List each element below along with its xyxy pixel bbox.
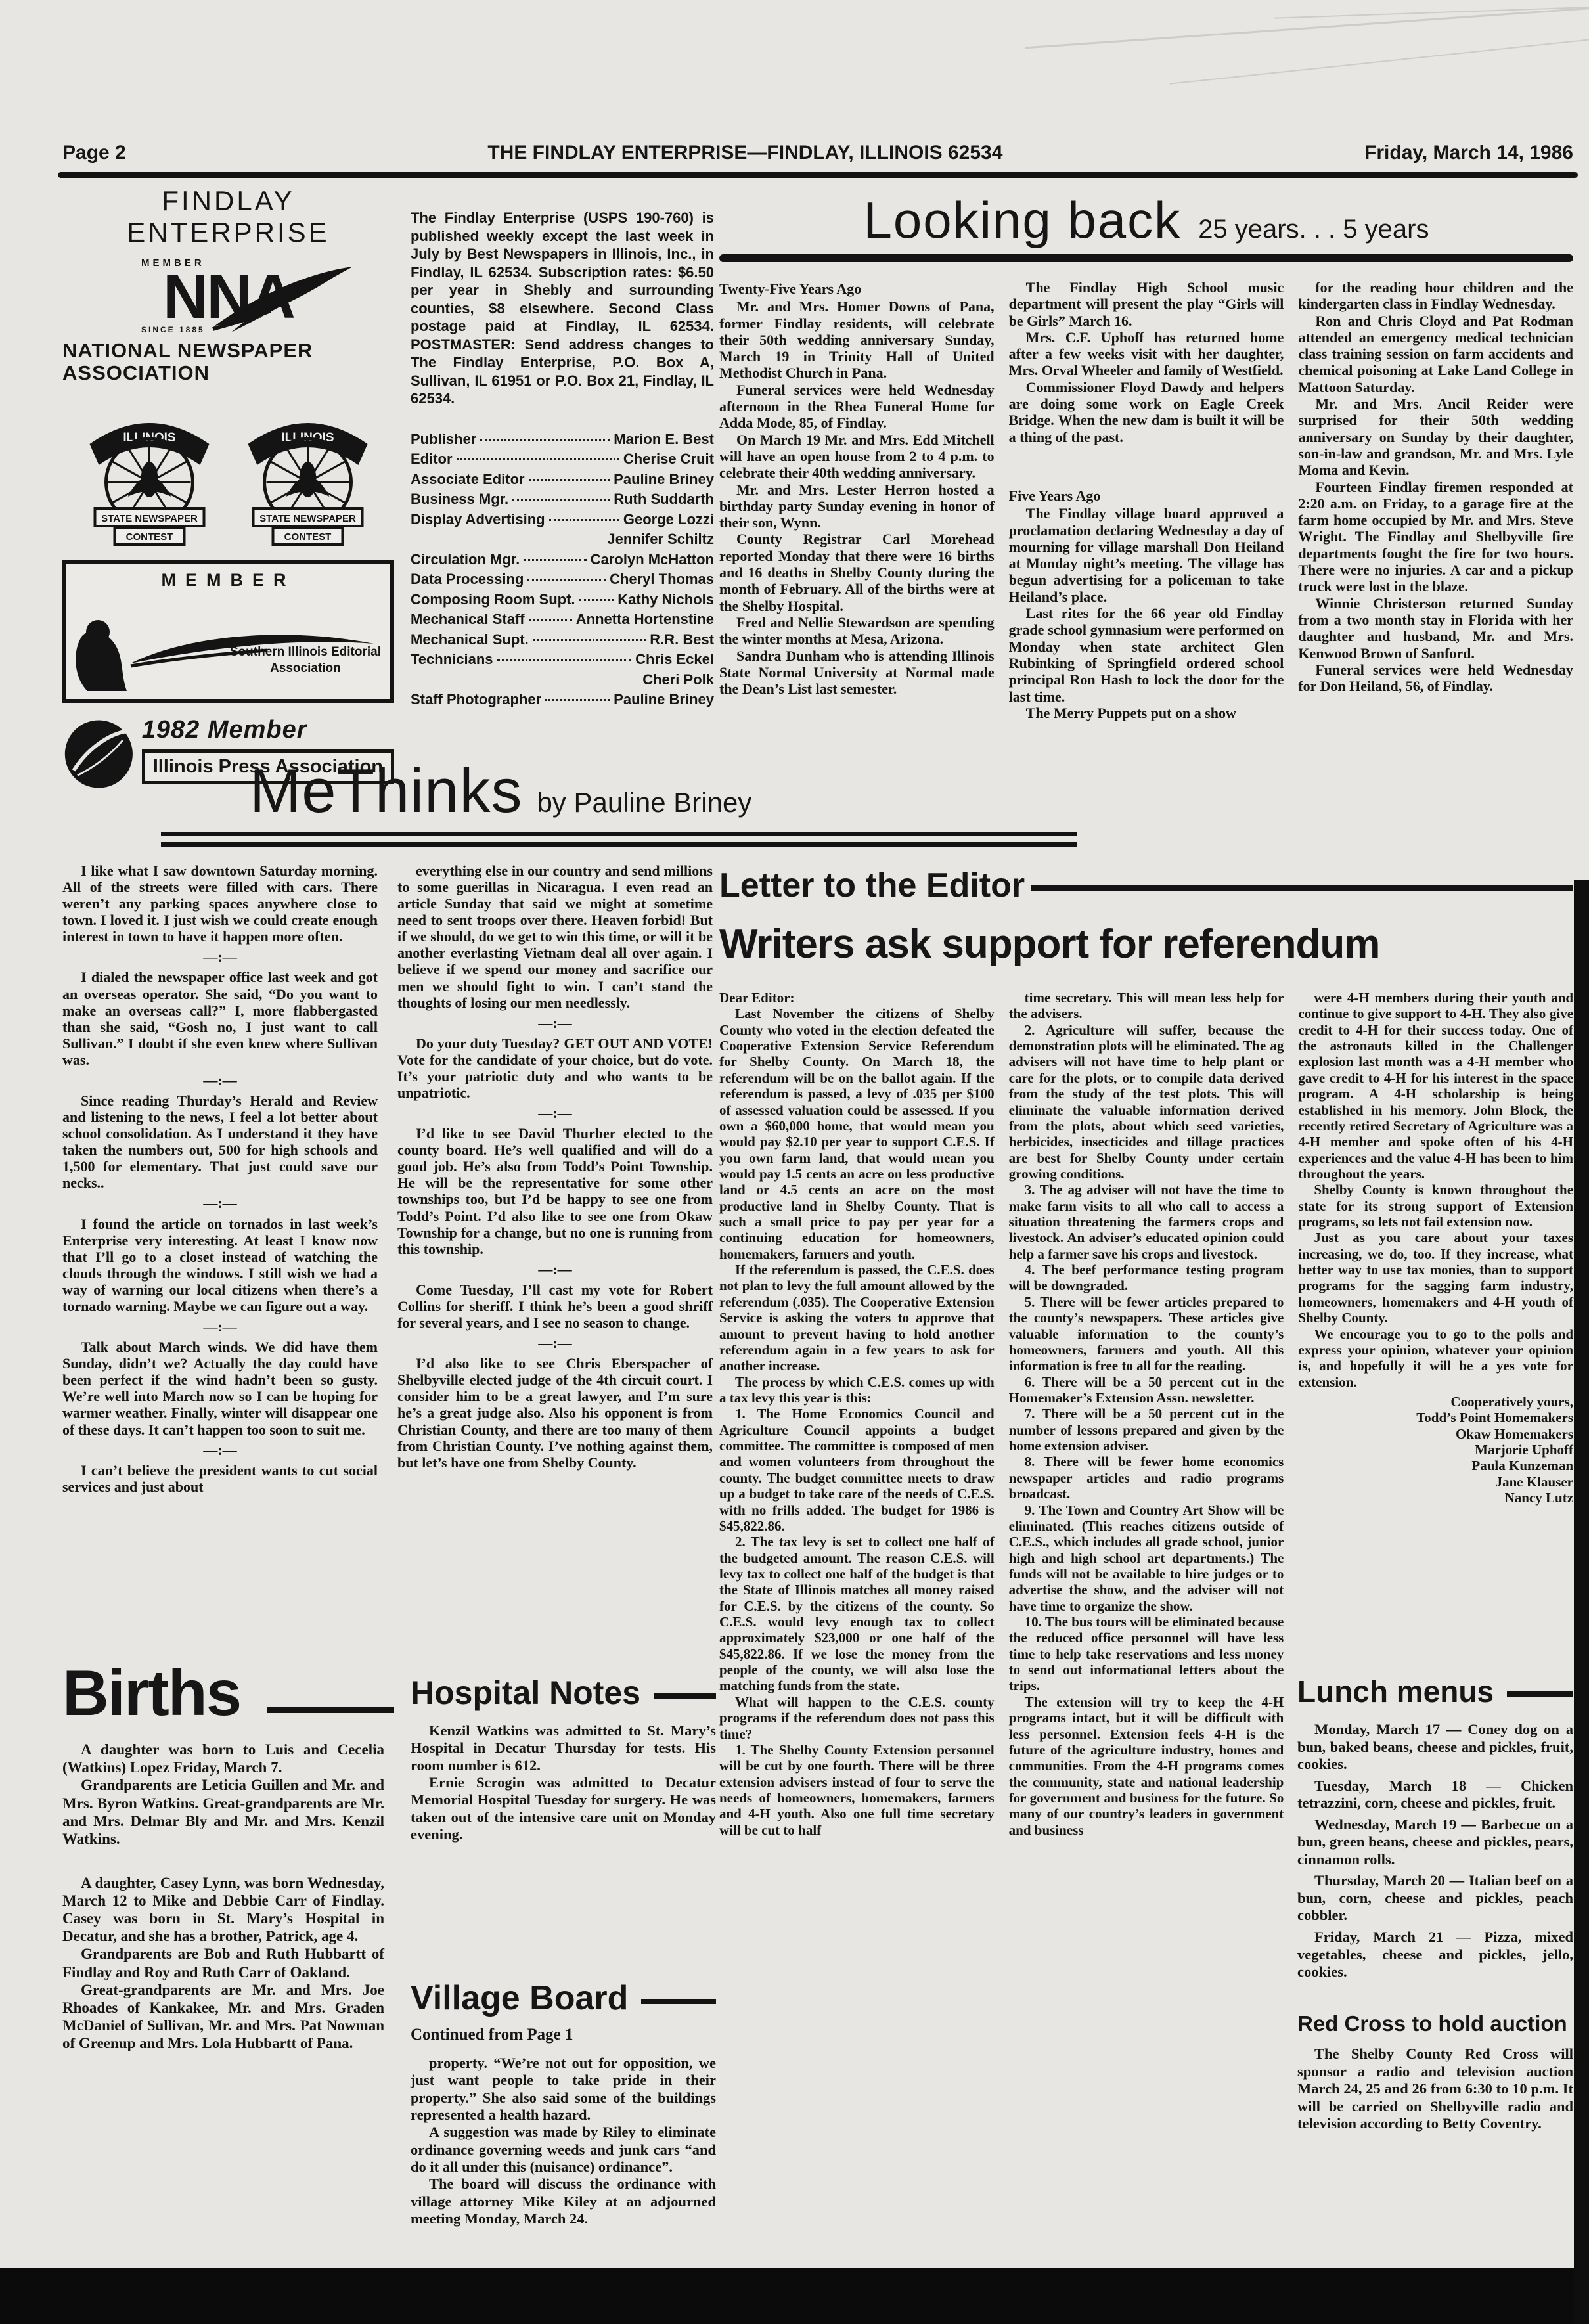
scan-black-band-right (1574, 880, 1589, 2324)
paragraph: Mr. and Mrs. Homer Downs of Pana, former… (719, 298, 995, 381)
masthead-title: FINDLAY ENTERPRISE (62, 185, 394, 248)
scan-artifact (1025, 6, 1589, 49)
paragraph: 1. The Shelby County Extension personnel… (719, 1742, 995, 1838)
paragraph: A daughter was born to Luis and Cecelia … (62, 1741, 384, 1776)
sie-member-box: MEMBER Southern Illinois Editorial Assoc… (62, 560, 394, 703)
staff-row: Cheri Polk (411, 671, 714, 689)
staff-row: Mechanical Supt.R.R. Best (411, 631, 714, 649)
staff-name: R.R. Best (650, 631, 714, 649)
letter-kicker: Letter to the Editor (719, 866, 1025, 905)
staff-name: Marion E. Best (614, 430, 714, 449)
staff-role: Technicians (411, 650, 493, 669)
paragraph: Do your duty Tuesday? GET OUT AND VOTE! … (397, 1035, 713, 1101)
rule (1031, 885, 1573, 891)
staff-name: Kathy Nichols (617, 591, 714, 609)
paragraph: The Findlay village board approved a pro… (1009, 505, 1284, 605)
births-title: Births (62, 1663, 240, 1722)
paragraph: Last November the citizens of Shelby Cou… (719, 1006, 995, 1262)
paragraph: I’d like to see David Thurber elected to… (397, 1125, 713, 1257)
staff-role: Business Mgr. (411, 490, 508, 508)
paragraph: I like what I saw downtown Saturday morn… (62, 862, 378, 945)
paragraph: Come Tuesday, I’ll cast my vote for Robe… (397, 1282, 713, 1331)
letter-col2: time secretary. This will mean less help… (1009, 990, 1284, 1838)
paragraph: 2. Agriculture will suffer, because the … (1009, 1022, 1284, 1182)
paragraph: Jane Klauser (1298, 1474, 1573, 1490)
looking-back-title: Looking back (864, 190, 1182, 250)
paragraph: 9. The Town and Country Art Show will be… (1009, 1502, 1284, 1615)
paragraph: Since reading Thurday’s Herald and Revie… (62, 1092, 378, 1191)
paragraph: Winnie Christerson returned Sunday from … (1298, 595, 1573, 661)
paragraph: 8. There will be fewer home economics ne… (1009, 1454, 1284, 1502)
paragraph: I dialed the newspaper office last week … (62, 969, 378, 1067)
paragraph-separator: —:— (62, 1072, 378, 1088)
staff-name: Pauline Briney (614, 470, 714, 489)
village-board-title: Village Board (411, 1978, 628, 2018)
paragraph: Thursday, March 20 — Italian beef on a b… (1297, 1872, 1573, 1925)
paragraph: Cooperatively yours, (1298, 1394, 1573, 1410)
staff-row: TechniciansChris Eckel (411, 650, 714, 669)
staff-row: Associate EditorPauline Briney (411, 470, 714, 489)
births-body: A daughter was born to Luis and Cecelia … (62, 1741, 384, 2052)
staff-row: Data ProcessingCheryl Thomas (411, 570, 714, 589)
sie-member-label: MEMBER (66, 570, 390, 591)
paragraph: On March 19 Mr. and Mrs. Edd Mitchell wi… (719, 432, 995, 481)
paragraph: Wednesday, March 19 — Barbecue on a bun,… (1297, 1816, 1573, 1869)
svg-text:STATE NEWSPAPER: STATE NEWSPAPER (101, 513, 198, 524)
paragraph: Mrs. C.F. Uphoff has returned home after… (1009, 329, 1284, 379)
paragraph: Todd’s Point Homemakers (1298, 1410, 1573, 1425)
staff-name: Jennifer Schiltz (607, 530, 714, 548)
staff-role: Display Advertising (411, 510, 545, 529)
paragraph: Ernie Scrogin was admitted to Decatur Me… (411, 1774, 716, 1843)
staff-row: Composing Room Supt.Kathy Nichols (411, 591, 714, 609)
paragraph: A suggestion was made by Riley to elimin… (411, 2124, 716, 2176)
svg-text:CONTEST: CONTEST (125, 531, 173, 543)
paragraph: Nancy Lutz (1298, 1490, 1573, 1506)
paragraph-separator: —:— (397, 1105, 713, 1121)
staff-row: EditorCherise Cruit (411, 450, 714, 468)
hospital-notes-title: Hospital Notes (411, 1674, 640, 1712)
paragraph: 3. The ag adviser will not have the time… (1009, 1182, 1284, 1262)
illinois-press-badge-icon: ILLINOIS STATE NEWSPAPER CONTEST (79, 398, 220, 548)
staff-name: Chris Eckel (635, 650, 714, 669)
looking-back-col1: Twenty-Five Years AgoMr. and Mrs. Homer … (719, 279, 995, 721)
page-number: Page 2 (62, 142, 126, 164)
staff-role: Editor (411, 450, 453, 468)
paragraph: 5. There will be fewer articles prepared… (1009, 1294, 1284, 1374)
staff-row: Display AdvertisingGeorge Lozzi (411, 510, 714, 529)
staff-role: Mechanical Supt. (411, 631, 529, 649)
dot-leader (533, 639, 646, 641)
paragraph: Great-grandparents are Mr. and Mrs. Joe … (62, 1981, 384, 2053)
paragraph: Last rites for the 66 year old Findlay g… (1009, 605, 1284, 705)
header-rule (58, 172, 1578, 178)
paragraph-separator: —:— (62, 1195, 378, 1211)
paragraph: 10. The bus tours will be eliminated bec… (1009, 1614, 1284, 1694)
section-births: Births A daughter was born to Luis and C… (62, 1663, 394, 2052)
section-lunch-menus: Lunch menus Monday, March 17 — Coney dog… (1297, 1674, 1573, 1985)
rule (1507, 1691, 1573, 1697)
dot-leader (512, 499, 610, 501)
masthead-info: The Findlay Enterprise (USPS 190-760) is… (411, 209, 714, 711)
paragraph-separator: —:— (397, 1015, 713, 1031)
methinks-byline: by Pauline Briney (537, 787, 751, 818)
staff-name: Pauline Briney (614, 690, 714, 709)
masthead-logos: FINDLAY ENTERPRISE MEMBER NNA SINCE 1885… (62, 185, 394, 792)
section-hospital-notes: Hospital Notes Kenzil Watkins was admitt… (411, 1674, 716, 1843)
staff-name: Cheryl Thomas (610, 570, 714, 589)
paragraph: I can’t believe the president wants to c… (62, 1462, 378, 1495)
looking-back-col3: for the reading hour children and the ki… (1298, 279, 1573, 721)
paragraph: Talk about March winds. We did have them… (62, 1339, 378, 1437)
hospital-notes-body: Kenzil Watkins was admitted to St. Mary’… (411, 1722, 716, 1843)
staff-row: Staff PhotographerPauline Briney (411, 690, 714, 709)
section-looking-back: Looking back 25 years. . . 5 years Twent… (719, 190, 1573, 721)
staff-row: Business Mgr.Ruth Suddarth (411, 490, 714, 508)
paragraph: Okaw Homemakers (1298, 1426, 1573, 1442)
paragraph: Mr. and Mrs. Ancil Reider were surprised… (1298, 395, 1573, 478)
letter-col1: Dear Editor:Last November the citizens o… (719, 990, 995, 1838)
paragraph: Kenzil Watkins was admitted to St. Mary’… (411, 1722, 716, 1774)
lunch-menus-title: Lunch menus (1297, 1674, 1494, 1709)
looking-back-subtitle: 25 years. . . 5 years (1198, 215, 1429, 244)
page-header: Page 2 THE FINDLAY ENTERPRISE—FINDLAY, I… (62, 142, 1573, 164)
dot-leader (457, 458, 619, 460)
paragraph: The Shelby County Red Cross will sponsor… (1297, 2045, 1573, 2133)
paragraph: I found the article on tornados in last … (62, 1216, 378, 1314)
sie-name: Southern Illinois Editorial Association (230, 644, 381, 677)
paragraph: Ron and Chris Cloyd and Pat Rodman atten… (1298, 313, 1573, 395)
paragraph: We encourage you to go to the polls and … (1298, 1326, 1573, 1390)
dot-leader (529, 619, 572, 621)
staff-role: Publisher (411, 430, 476, 449)
paragraph: County Registrar Carl Morehead reported … (719, 531, 995, 614)
methinks-title: MeThinks (250, 755, 522, 826)
paragraph: Just as you care about your taxes increa… (1298, 1230, 1573, 1326)
dot-leader (527, 579, 606, 581)
methinks-col1: I like what I saw downtown Saturday morn… (62, 862, 378, 1495)
staff-role: Associate Editor (411, 470, 525, 489)
staff-row: Mechanical StaffAnnetta Hortenstine (411, 610, 714, 629)
issue-date: Friday, March 14, 1986 (1364, 142, 1573, 164)
letter-signatures: Cooperatively yours,Todd’s Point Homemak… (1298, 1394, 1573, 1506)
lunch-menus-body: Monday, March 17 — Coney dog on a bun, b… (1297, 1721, 1573, 1981)
paragraph: The Findlay High School music department… (1009, 279, 1284, 329)
dot-leader (579, 599, 614, 601)
section-red-cross: Red Cross to hold auction The Shelby Cou… (1297, 2011, 1573, 2133)
staff-role: Composing Room Supt. (411, 591, 575, 609)
paragraph: Twenty-Five Years Ago (719, 280, 995, 297)
svg-text:STATE NEWSPAPER: STATE NEWSPAPER (259, 513, 356, 524)
staff-list: PublisherMarion E. BestEditorCherise Cru… (411, 430, 714, 709)
paragraph: everything else in our country and send … (397, 862, 713, 1011)
dot-leader (529, 479, 610, 481)
staff-role: Staff Photographer (411, 690, 541, 709)
sie-name-line2: Association (230, 661, 381, 677)
paragraph: A daughter, Casey Lynn, was born Wednesd… (62, 1874, 384, 1946)
newspaper-title: THE FINDLAY ENTERPRISE—FINDLAY, ILLINOIS… (487, 142, 1002, 164)
rule (719, 254, 1573, 262)
looking-back-col2: The Findlay High School music department… (1009, 279, 1284, 721)
dot-leader (497, 659, 632, 661)
paragraph: Fourteen Findlay firemen responded at 2:… (1298, 479, 1573, 595)
illinois-press-badge-icon: ILLINOIS STATE NEWSPAPER CONTEST (237, 398, 378, 548)
paragraph: The process by which C.E.S. comes up wit… (719, 1374, 995, 1406)
rule (267, 1707, 394, 1713)
paragraph: time secretary. This will mean less help… (1009, 990, 1284, 1022)
letter-col3-body: were 4-H members during their youth and … (1298, 990, 1573, 1390)
staff-row: Jennifer Schiltz (411, 530, 714, 548)
paragraph: Commissioner Floyd Dawdy and helpers are… (1009, 379, 1284, 445)
paragraph: Funeral services were held Wednesday for… (1298, 661, 1573, 695)
svg-text:CONTEST: CONTEST (284, 531, 331, 543)
letter-headline: Writers ask support for referendum (719, 921, 1573, 968)
nna-association-label: NATIONAL NEWSPAPER ASSOCIATION (62, 340, 394, 384)
newspaper-page: { "colors": {"paper": "#e7e6e3", "ink": … (0, 0, 1589, 2324)
paragraph: 6. There will be a 50 percent cut in the… (1009, 1374, 1284, 1406)
staff-name: Cheri Polk (642, 671, 714, 689)
nna-logo: MEMBER NNA SINCE 1885 NATIONAL NEWSPAPER… (62, 257, 394, 384)
paragraph: Fred and Nellie Stewardson are spending … (719, 614, 995, 648)
paragraph: were 4-H members during their youth and … (1298, 990, 1573, 1182)
staff-row: PublisherMarion E. Best (411, 430, 714, 449)
continued-from-label: Continued from Page 1 (411, 2026, 716, 2044)
staff-role: Data Processing (411, 570, 524, 589)
scan-black-band-bottom (0, 2268, 1589, 2324)
paragraph: I’d also like to see Chris Eberspacher o… (397, 1355, 713, 1471)
paragraph: Grandparents are Leticia Guillen and Mr.… (62, 1776, 384, 1848)
paragraph: Shelby County is known throughout the st… (1298, 1182, 1573, 1230)
staff-name: Ruth Suddarth (614, 490, 714, 508)
paragraph: The extension will try to keep the 4-H p… (1009, 1694, 1284, 1838)
paragraph: If the referendum is passed, the C.E.S. … (719, 1262, 995, 1374)
scan-artifact (1170, 35, 1589, 84)
paragraph: The board will discuss the ordinance wit… (411, 2176, 716, 2227)
paragraph: The Merry Puppets put on a show (1009, 705, 1284, 721)
rule (654, 1693, 716, 1699)
paragraph: Mr. and Mrs. Lester Herron hosted a birt… (719, 481, 995, 531)
paragraph: Monday, March 17 — Coney dog on a bun, b… (1297, 1721, 1573, 1774)
paragraph: Five Years Ago (1009, 487, 1284, 504)
methinks-col2: everything else in our country and send … (397, 862, 713, 1495)
village-board-body: property. “We’re not out for opposition,… (411, 2055, 716, 2227)
paragraph: Sandra Dunham who is attending Illinois … (719, 648, 995, 698)
paragraph: Grandparents are Bob and Ruth Hubbartt o… (62, 1945, 384, 1980)
dot-leader (480, 439, 610, 441)
paragraph: Marjorie Uphoff (1298, 1442, 1573, 1458)
staff-name: George Lozzi (623, 510, 714, 529)
paragraph: What will happen to the C.E.S. county pr… (719, 1694, 995, 1742)
paragraph: 4. The beef performance testing program … (1009, 1262, 1284, 1294)
staff-name: Annetta Hortenstine (576, 610, 714, 629)
paragraph-separator: —:— (62, 1318, 378, 1335)
rule (641, 1999, 716, 2004)
paragraph: Tuesday, March 18 — Chicken tetrazzini, … (1297, 1777, 1573, 1812)
publication-notice: The Findlay Enterprise (USPS 190-760) is… (411, 209, 714, 408)
dot-leader (549, 519, 619, 521)
paragraph-separator: —:— (62, 949, 378, 965)
paragraph: Dear Editor: (719, 990, 995, 1006)
dot-leader (524, 559, 587, 561)
paragraph-separator: —:— (397, 1335, 713, 1351)
sie-name-line1: Southern Illinois Editorial (230, 644, 381, 661)
staff-row: Circulation Mgr.Carolyn McHatton (411, 550, 714, 569)
ipa-member-year: 1982 Member (142, 716, 394, 744)
staff-role: Circulation Mgr. (411, 550, 520, 569)
staff-role: Mechanical Staff (411, 610, 525, 629)
paragraph: 1. The Home Economics Council and Agricu… (719, 1406, 995, 1534)
paragraph: 2. The tax levy is set to collect one ha… (719, 1534, 995, 1694)
red-cross-body: The Shelby County Red Cross will sponsor… (1297, 2045, 1573, 2133)
section-village-board: Village Board Continued from Page 1 prop… (411, 1978, 716, 2227)
staff-name: Cherise Cruit (623, 450, 714, 468)
paragraph-separator: —:— (62, 1442, 378, 1458)
paragraph: 7. There will be a 50 percent cut in the… (1009, 1406, 1284, 1454)
dot-leader (545, 699, 610, 701)
paragraph: Friday, March 21 — Pizza, mixed vegetabl… (1297, 1929, 1573, 1981)
quill-icon (212, 263, 356, 342)
red-cross-title: Red Cross to hold auction (1297, 2011, 1573, 2036)
paragraph: for the reading hour children and the ki… (1298, 279, 1573, 313)
staff-name: Carolyn McHatton (591, 550, 714, 569)
paragraph: property. “We’re not out for opposition,… (411, 2055, 716, 2124)
double-rule (161, 832, 1077, 847)
paragraph: Paula Kunzeman (1298, 1458, 1573, 1473)
paragraph: Funeral services were held Wednesday aft… (719, 382, 995, 432)
paragraph-separator: —:— (397, 1261, 713, 1278)
press-contest-badges: ILLINOIS STATE NEWSPAPER CONTEST ILLINOI… (62, 398, 394, 548)
